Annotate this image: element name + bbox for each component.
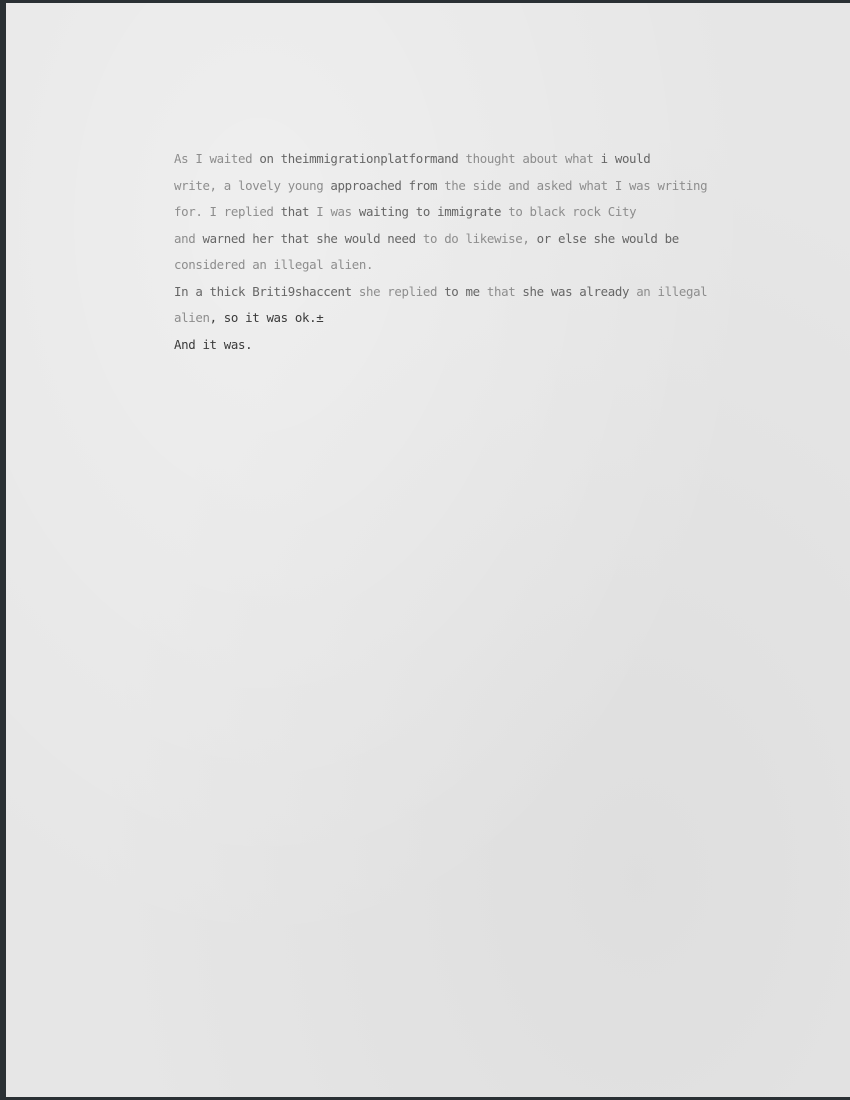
text-segment: And it was. (174, 337, 252, 352)
text-line: and warned her that she would need to do… (174, 229, 824, 256)
text-segment: she was already (522, 284, 636, 299)
text-segment: approached from (330, 178, 444, 193)
text-segment: thought about what (466, 151, 601, 166)
text-segment: As I waited (174, 151, 259, 166)
text-segment: to me (444, 284, 487, 299)
text-segment: write, a lovely young (174, 178, 330, 193)
text-segment: I was (316, 204, 359, 219)
paper-page: As I waited on theimmigrationplatformand… (6, 3, 850, 1097)
text-line: write, a lovely young approached from th… (174, 176, 824, 203)
text-segment: warned her that she would need (202, 231, 422, 246)
text-segment: to do likewise, (423, 231, 537, 246)
text-segment: for. I replied (174, 204, 281, 219)
text-segment: on theimmigrationplatformand (259, 151, 465, 166)
text-line: for. I replied that I was waiting to imm… (174, 202, 824, 229)
typewritten-text-body: As I waited on theimmigrationplatformand… (174, 149, 824, 361)
text-segment: an illegal (636, 284, 707, 299)
text-segment: , so it was ok.± (210, 310, 324, 325)
text-line: considered an illegal alien. (174, 255, 824, 282)
text-line: In a thick Briti9shaccent she replied to… (174, 282, 824, 309)
text-segment: to black rock City (508, 204, 636, 219)
text-segment: In a thick Briti9shaccent (174, 284, 359, 299)
text-segment: she replied (359, 284, 444, 299)
text-segment: i would (601, 151, 651, 166)
text-segment: that (487, 284, 523, 299)
text-segment: waiting to immigrate (359, 204, 508, 219)
text-segment: or else she would be (537, 231, 679, 246)
text-line: alien, so it was ok.± (174, 308, 824, 335)
text-line: And it was. (174, 335, 824, 362)
text-segment: alien (174, 310, 210, 325)
text-line: As I waited on theimmigrationplatformand… (174, 149, 824, 176)
text-segment: considered an illegal alien. (174, 257, 373, 272)
text-segment: that (281, 204, 317, 219)
text-segment: and (174, 231, 202, 246)
text-segment: the side and asked what I was writing (444, 178, 707, 193)
